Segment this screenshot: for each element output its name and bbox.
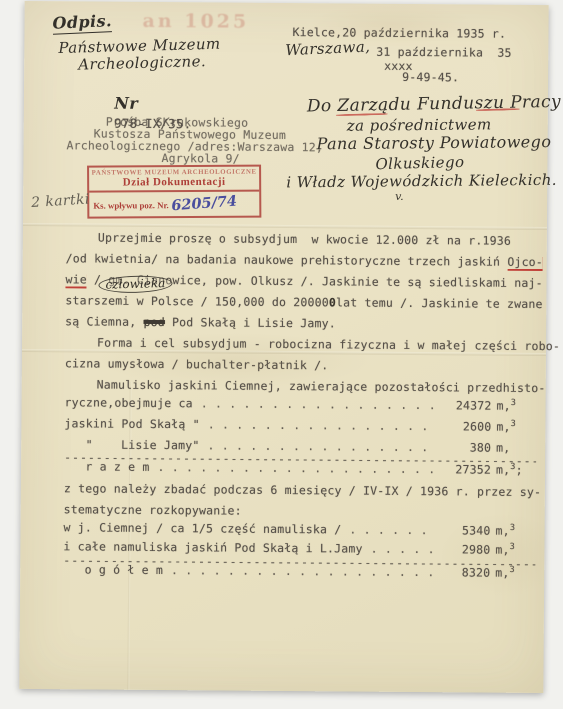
dot-leader: . . . . . . . . . . . . . . . . . . . . … — [371, 542, 435, 557]
handwritten-odpis-note: Odpis. — [52, 11, 112, 35]
stamp-number-row: Ks. wpływu poz. Nr. 6205/74 — [89, 190, 259, 217]
registry-stamp: PAŃSTWOWE MUZEUM ARCHEOLOGICZNE Dział Do… — [87, 165, 261, 219]
row-unit: m,3; — [491, 463, 536, 477]
row-value: 5340 — [443, 523, 491, 537]
dot-leader: . . . . . . . . . . . . . . . . . . . . … — [349, 523, 434, 538]
body-text: w Polsce / 150,000 do 20000 — [129, 294, 329, 310]
body-line: starszemi w Polsce / 150,000 do 200000la… — [65, 293, 542, 311]
body-line: Uprzejmie proszę o subsydjum w kwocie 12… — [98, 231, 511, 248]
row-label: o g ó ł e m — [63, 562, 163, 577]
handwritten-nr-prefix: Nr — [114, 94, 138, 113]
body-text: lat temu /. Jaskinie te zwane — [336, 295, 543, 311]
row-value: 24372 — [443, 398, 491, 412]
margin-note-kartki: 2 kartki — [31, 191, 91, 211]
body-text: /od kwietnia/ na badania naukowe prehist… — [66, 251, 508, 268]
body-line: stematyczne rozkopywanie: — [64, 502, 242, 517]
handwritten-org-line2: Archeologiczne. — [78, 52, 206, 73]
row-value: 8320 — [442, 565, 490, 579]
volume-table-row: w j. Ciemnej / ca 1/5 część namuliska /.… — [64, 520, 536, 538]
fold-crease-horizontal — [23, 223, 547, 230]
file-number: 9-49-45. — [402, 70, 459, 84]
date-line-warszawa: 31 października 35 — [376, 45, 511, 60]
ghost-stamp-impression: an 1025 — [142, 10, 249, 33]
body-text: starszemi — [65, 293, 129, 308]
row-unit: m,3 — [491, 420, 536, 434]
row-label: jaskini Pod Skałą " — [64, 416, 199, 431]
row-unit: m,3 — [490, 566, 535, 580]
body-line: /od kwietnia/ na badania naukowe prehist… — [66, 251, 543, 269]
annotation-mark: v. — [395, 190, 404, 203]
struck-out-word: pod — [144, 315, 165, 329]
row-value: 2980 — [442, 542, 490, 556]
row-unit: m,3 — [491, 524, 536, 538]
date-line-kielce: Kielce,20 października 1935 r. — [292, 25, 506, 41]
addressee-line-3: Pana Starosty Powiatowego — [317, 132, 552, 153]
dot-leader: . . . . . . . . . . . . . . . . . . . . … — [157, 460, 435, 476]
sender-line-4: Agrykola 9/ — [161, 151, 239, 166]
handwritten-registry-number: 6205/74 — [171, 192, 238, 214]
scanned-document-photo: { "corner": { "odpis": "Odpis.", "org_li… — [0, 0, 563, 709]
row-value: 27352 — [443, 462, 491, 476]
stamp-number-label: Ks. wpływu poz. Nr. — [93, 200, 169, 210]
document-paper: an 1025 Odpis. Państwowe Muzeum Archeolo… — [19, 1, 548, 693]
body-line: Namulisko jaskini Ciemnej, zawierające p… — [97, 378, 546, 396]
red-underlined-word: wie — [65, 272, 86, 286]
body-line: z tego należy zbadać podczas 6 miesięcy … — [64, 481, 541, 499]
addressee-line-5: i Władz Wojewódzkich Kieleckich. — [286, 171, 557, 192]
row-value: 2600 — [443, 419, 491, 433]
body-text: Pod Skałą i Lisie Jamy. — [165, 315, 336, 330]
row-unit: m,3 — [491, 399, 536, 413]
handwritten-city-warszawa: Warszawa, — [285, 37, 371, 59]
addressee-line-1: Do Zarządu Funduszu Pracy — [307, 92, 561, 117]
stamp-department-line: Dział Dokumentacji — [89, 176, 259, 191]
dot-leader: . . . . . . . . . . . . . . . . . . . . … — [201, 396, 436, 412]
volume-table-row: jaskini Pod Skałą ". . . . . . . . . . .… — [64, 416, 536, 434]
red-underlined-word: Ojco- — [507, 255, 543, 269]
row-label: w j. Ciemnej / ca 1/5 część namuliska / — [64, 520, 342, 536]
volume-table-row-total: r a z e m. . . . . . . . . . . . . . . .… — [64, 459, 536, 477]
body-line: cizna umysłowa / buchalter-płatnik /. — [65, 356, 329, 372]
row-unit: m,3 — [490, 543, 535, 557]
volume-table-row-grand-total: o g ó ł e m. . . . . . . . . . . . . . .… — [63, 562, 535, 580]
dot-leader: . . . . . . . . . . . . . . . . . . . . … — [171, 563, 434, 579]
dot-leader: . . . . . . . . . . . . . . . . . . . . … — [208, 417, 436, 433]
volume-table-row: ryczne,obejmuje ca. . . . . . . . . . . … — [65, 395, 537, 413]
body-line: Forma i cel subsydjum - robocizna fizycz… — [97, 336, 560, 354]
addressee-line-4: Olkuskiego — [375, 153, 464, 173]
handwritten-insertion-czlowieka: człowieka — [98, 275, 172, 294]
row-label: ryczne,obejmuje ca — [65, 395, 193, 410]
body-text: są Ciemna, — [65, 314, 143, 329]
row-label: r a z e m — [64, 459, 150, 474]
body-line: są Ciemna, pod Pod Skałą i Lisie Jamy. — [65, 314, 336, 330]
stamp-institution-line: PAŃSTWOWE MUZEUM ARCHEOLOGICZNE — [89, 167, 259, 177]
